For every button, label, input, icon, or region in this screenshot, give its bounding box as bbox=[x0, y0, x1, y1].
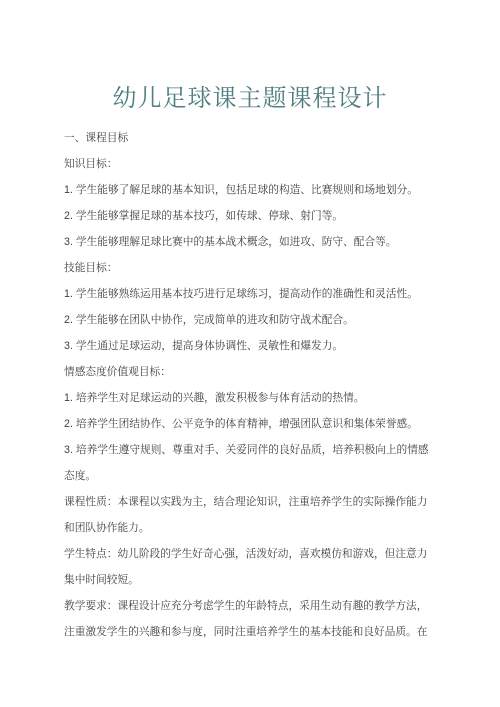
teaching-requirements-paragraph: 教学要求：课程设计应充分考虑学生的年龄特点，采用生动有趣的教学方法，注重激发学生… bbox=[64, 593, 434, 645]
goal-label-affective: 情感态度价值观目标： bbox=[64, 359, 434, 385]
document-title: 幼儿足球课主题课程设计 bbox=[0, 0, 500, 114]
knowledge-goal-item-3: 3. 学生能够理解足球比赛中的基本战术概念，如进攻、防守、配合等。 bbox=[64, 229, 434, 255]
affective-goal-item-3: 3. 培养学生遵守规则、尊重对手、关爱同伴的良好品质，培养积极向上的情感态度。 bbox=[64, 437, 434, 489]
student-traits-paragraph: 学生特点：幼儿阶段的学生好奇心强，活泼好动，喜欢模仿和游戏，但注意力集中时间较短… bbox=[64, 541, 434, 593]
affective-goal-item-1: 1. 培养学生对足球运动的兴趣，激发积极参与体育活动的热情。 bbox=[64, 385, 434, 411]
skill-goal-item-1: 1. 学生能够熟练运用基本技巧进行足球练习，提高动作的准确性和灵活性。 bbox=[64, 281, 434, 307]
document-body: 一、课程目标 知识目标： 1. 学生能够了解足球的基本知识，包括足球的构造、比赛… bbox=[64, 125, 434, 645]
section-heading: 一、课程目标 bbox=[64, 125, 434, 151]
skill-goal-item-2: 2. 学生能够在团队中协作，完成简单的进攻和防守战术配合。 bbox=[64, 307, 434, 333]
document-page: 幼儿足球课主题课程设计 一、课程目标 知识目标： 1. 学生能够了解足球的基本知… bbox=[0, 0, 500, 707]
goal-label-knowledge: 知识目标： bbox=[64, 151, 434, 177]
course-nature-paragraph: 课程性质：本课程以实践为主，结合理论知识，注重培养学生的实际操作能力和团队协作能… bbox=[64, 489, 434, 541]
skill-goal-item-3: 3. 学生通过足球运动，提高身体协调性、灵敏性和爆发力。 bbox=[64, 333, 434, 359]
knowledge-goal-item-1: 1. 学生能够了解足球的基本知识，包括足球的构造、比赛规则和场地划分。 bbox=[64, 177, 434, 203]
knowledge-goal-item-2: 2. 学生能够掌握足球的基本技巧，如传球、停球、射门等。 bbox=[64, 203, 434, 229]
goal-label-skill: 技能目标： bbox=[64, 255, 434, 281]
affective-goal-item-2: 2. 培养学生团结协作、公平竞争的体育精神，增强团队意识和集体荣誉感。 bbox=[64, 411, 434, 437]
